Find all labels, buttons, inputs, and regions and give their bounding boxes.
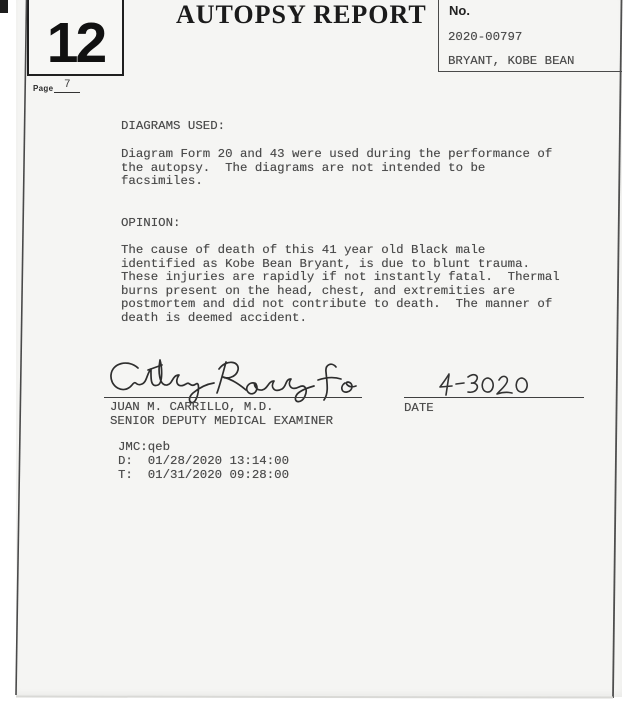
typist-reference: JMC:qeb xyxy=(118,441,170,455)
diagrams-used-heading: DIAGRAMS USED: xyxy=(121,120,225,134)
decedent-name: BRYANT, KOBE BEAN xyxy=(448,54,574,68)
transcribed-timestamp: T: 01/31/2020 09:28:00 xyxy=(118,469,289,483)
diagrams-used-body: Diagram Form 20 and 43 were used during … xyxy=(121,148,552,189)
case-number: 2020-00797 xyxy=(448,30,522,44)
page-number-row: Page7 xyxy=(33,74,80,93)
report-title: AUTOPSY REPORT xyxy=(176,0,427,30)
date-line xyxy=(404,397,584,398)
opinion-heading: OPINION: xyxy=(121,217,181,231)
scan-corner-artifact xyxy=(0,0,8,13)
exhibit-number: 12 xyxy=(47,18,104,74)
handwritten-date xyxy=(436,371,541,399)
exhibit-number-box: 12 xyxy=(27,0,124,76)
case-info-box: No. 2020-00797 BRYANT, KOBE BEAN xyxy=(438,0,622,72)
paper-sheet xyxy=(16,0,622,697)
page-number: 7 xyxy=(54,79,80,93)
signer-name: JUAN M. CARRILLO, M.D. xyxy=(110,401,274,415)
case-no-label: No. xyxy=(449,3,470,18)
signer-title: SENIOR DEPUTY MEDICAL EXAMINER xyxy=(110,415,333,429)
opinion-body: The cause of death of this 41 year old B… xyxy=(121,244,560,326)
date-label: DATE xyxy=(404,402,434,416)
signature-line xyxy=(104,397,362,398)
scanned-document: Page7 12 AUTOPSY REPORT No. 2020-00797 B… xyxy=(0,0,640,718)
dictated-timestamp: D: 01/28/2020 13:14:00 xyxy=(118,455,289,469)
page-label: Page xyxy=(33,84,53,93)
